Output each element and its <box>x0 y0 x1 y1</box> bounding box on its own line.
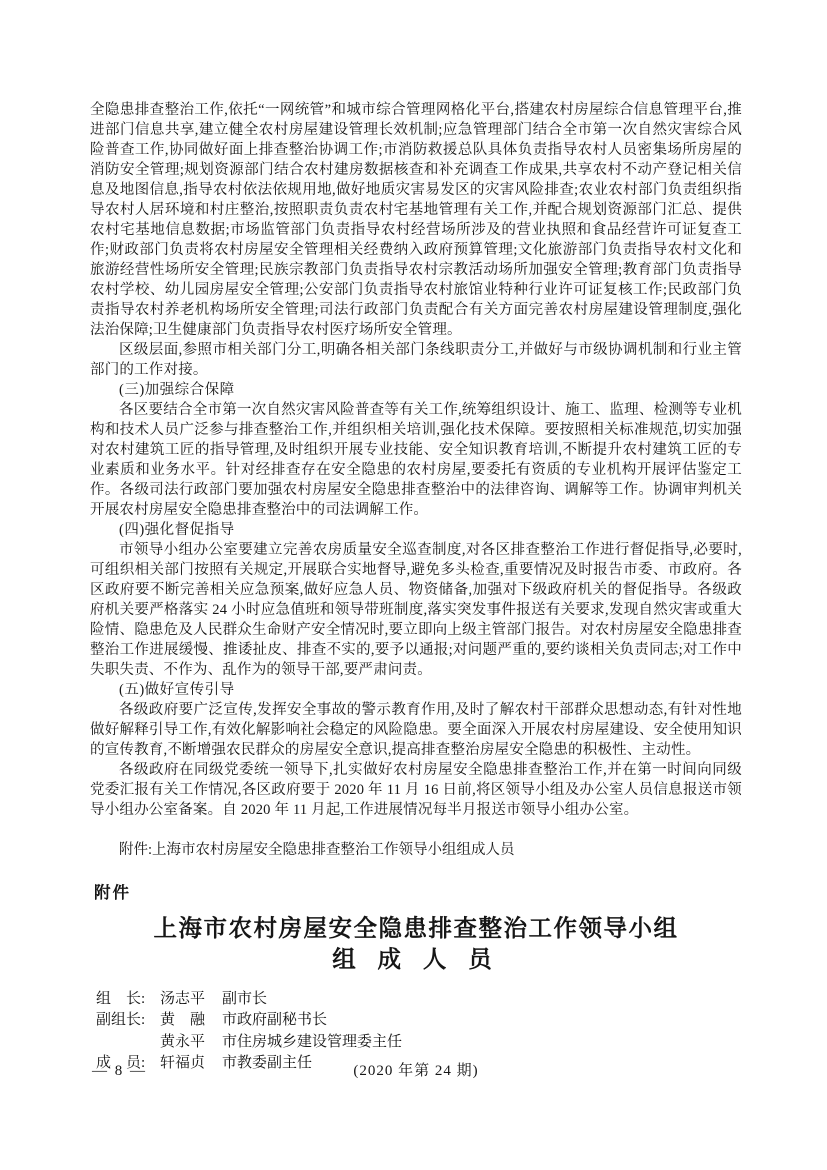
document-body: 全隐患排查整治工作,依托“一网统管”和城市综合管理网格化平台,搭建农村房屋综合信… <box>90 100 742 1074</box>
member-name: 黄 融 <box>160 1010 222 1031</box>
body-paragraph: 全隐患排查整治工作,依托“一网统管”和城市综合管理网格化平台,搭建农村房屋综合信… <box>90 100 742 340</box>
body-paragraph: 各级政府要广泛宣传,发挥安全事故的警示教育作用,及时了解农村干部群众思想动态,有… <box>90 700 742 760</box>
attachment-reference-line: 附件:上海市农村房屋安全隐患排查整治工作领导小组组成人员 <box>90 840 742 860</box>
body-paragraph: 各区要结合全市第一次自然灾害风险普查等有关工作,统筹组织设计、施工、监理、检测等… <box>90 400 742 520</box>
section-heading: (四)强化督促指导 <box>90 520 742 540</box>
member-role: 组 长: <box>96 989 160 1010</box>
member-row: 副组长:黄 融市政府副秘书长 <box>96 1010 742 1031</box>
attachment-title-line1: 上海市农村房屋安全隐患排查整治工作领导小组 <box>90 915 742 944</box>
page-number: — 8 — <box>92 1061 147 1081</box>
section-heading: (五)做好宣传引导 <box>90 680 742 700</box>
member-name: 黄永平 <box>160 1032 222 1053</box>
attachment-label: 附件 <box>94 879 742 903</box>
section-heading: (三)加强综合保障 <box>90 380 742 400</box>
member-role: 副组长: <box>96 1010 160 1031</box>
body-paragraph: 区级层面,参照市相关部门分工,明确各相关部门条线职责分工,并做好与市级协调机制和… <box>90 340 742 380</box>
member-title: 市住房城乡建设管理委主任 <box>222 1032 402 1053</box>
member-title: 市政府副秘书长 <box>222 1010 327 1031</box>
page-footer: — 8 — (2020 年第 24 期) <box>90 1061 742 1081</box>
attachment-title-line2: 组 成 人 员 <box>90 946 742 975</box>
member-name: 汤志平 <box>160 989 222 1010</box>
member-title: 副市长 <box>222 989 267 1010</box>
body-paragraph: 各级政府在同级党委统一领导下,扎实做好农村房屋安全隐患排查整治工作,并在第一时间… <box>90 760 742 820</box>
issue-number: (2020 年第 24 期) <box>353 1061 478 1081</box>
document-page: 全隐患排查整治工作,依托“一网统管”和城市综合管理网格化平台,搭建农村房屋综合信… <box>0 0 827 1170</box>
member-role <box>96 1032 160 1053</box>
body-paragraph: 市领导小组办公室要建立完善农房质量安全巡查制度,对各区排查整治工作进行督促指导,… <box>90 540 742 680</box>
member-row: 组 长:汤志平副市长 <box>96 989 742 1010</box>
member-row: 黄永平市住房城乡建设管理委主任 <box>96 1032 742 1053</box>
